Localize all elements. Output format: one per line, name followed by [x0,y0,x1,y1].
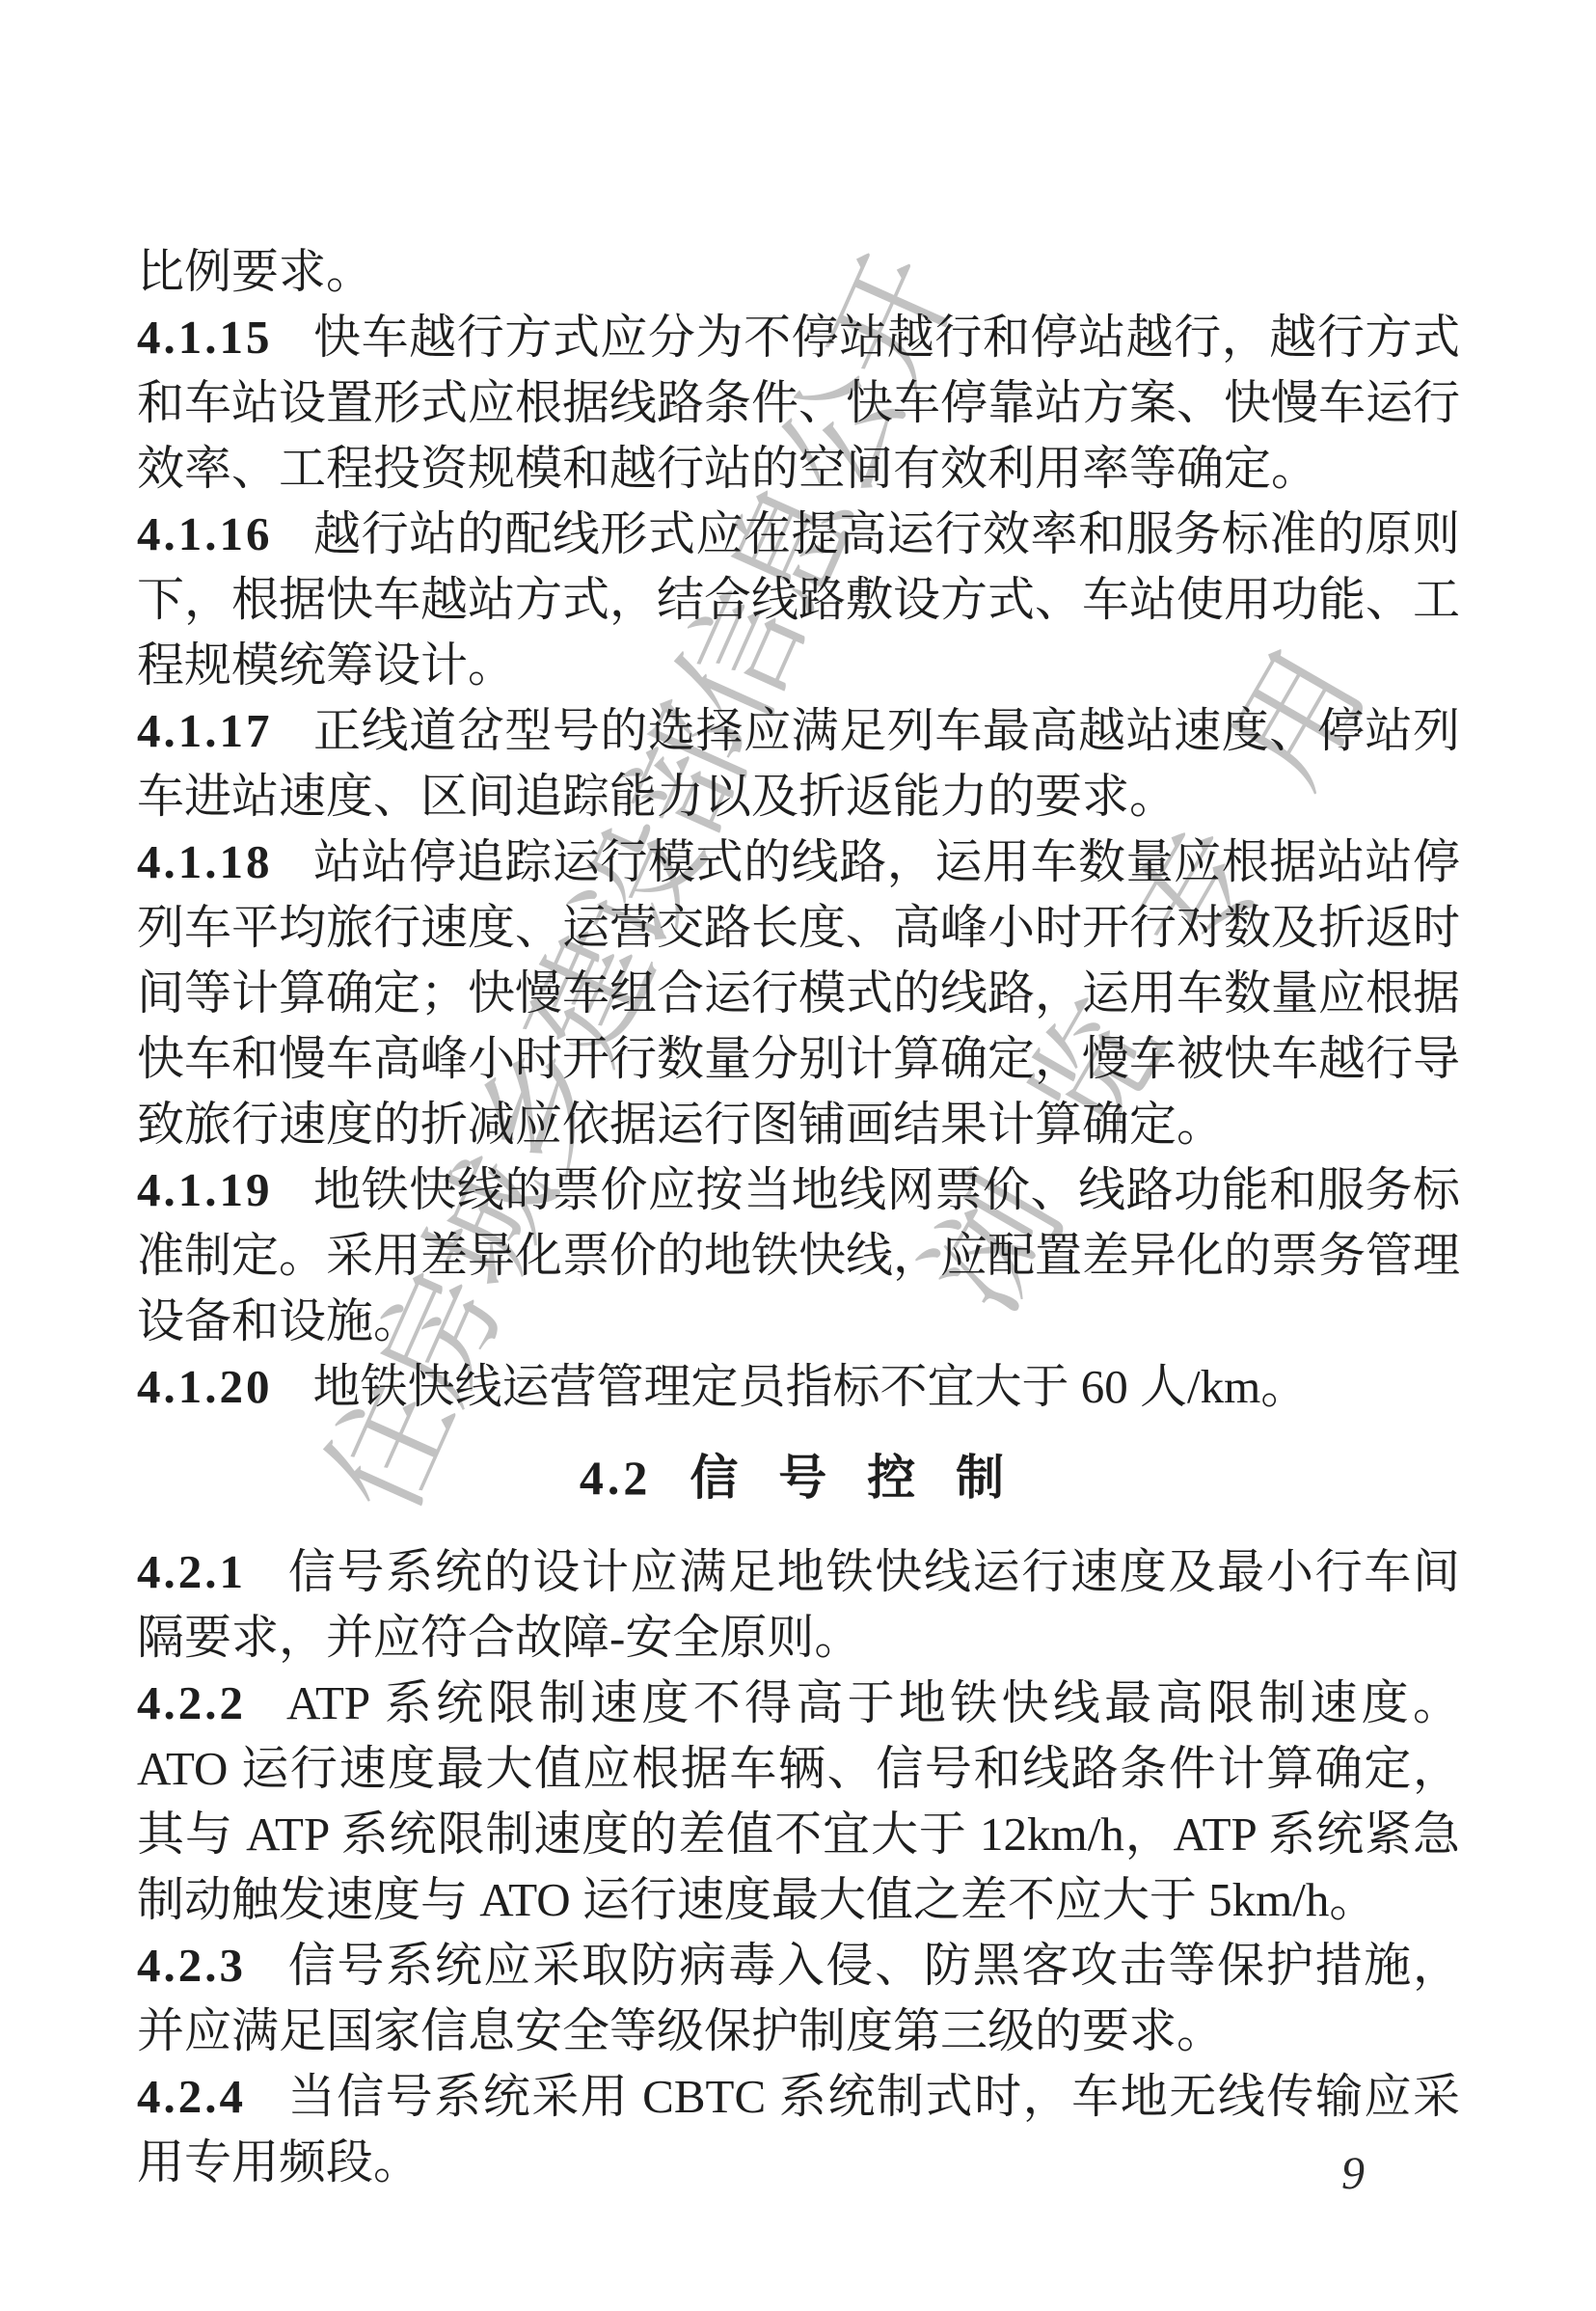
clause-4-1-16: 4.1.16越行站的配线形式应在提高运行效率和服务标准的原则下，根据快车越站方式… [137,502,1460,698]
clause-text: ATP 系统限制速度不得高于地铁快线最高限制速度。ATO 运行速度最大值应根据车… [137,1676,1460,1926]
clause-number: 4.1.17 [137,704,273,757]
clause-number: 4.1.15 [137,311,273,364]
clause-text: 正线道岔型号的选择应满足列车最高越站速度、停站列车进站速度、区间追踪能力以及折返… [137,704,1460,823]
clause-text: 越行站的配线形式应在提高运行效率和服务标准的原则下，根据快车越站方式，结合线路敷… [137,507,1460,692]
clause-number: 4.1.19 [137,1163,273,1216]
clause-4-1-20: 4.1.20地铁快线运营管理定员指标不宜大于 60 人/km。 [137,1354,1460,1420]
clause-number: 4.1.20 [137,1360,273,1413]
clause-4-2-1: 4.2.1信号系统的设计应满足地铁快线运行速度及最小行车间隔要求，并应符合故障-… [137,1539,1460,1671]
clause-text: 信号系统的设计应满足地铁快线运行速度及最小行车间隔要求，并应符合故障-安全原则。 [137,1545,1460,1664]
clause-4-2-2: 4.2.2ATP 系统限制速度不得高于地铁快线最高限制速度。ATO 运行速度最大… [137,1671,1460,1933]
clause-number: 4.2.4 [137,2070,246,2123]
paragraph-text: 比例要求。 [137,245,373,298]
page-content: 比例要求。 4.1.15快车越行方式应分为不停站越行和停站越行，越行方式和车站设… [137,239,1460,2195]
clause-text: 地铁快线的票价应按当地线网票价、线路功能和服务标准制定。采用差异化票价的地铁快线… [137,1163,1460,1347]
clause-text: 地铁快线运营管理定员指标不宜大于 60 人/km。 [313,1360,1309,1413]
clause-text: 站站停追踪运行模式的线路，运用车数量应根据站站停列车平均旅行速度、运营交路长度、… [137,835,1460,1151]
clause-4-1-15: 4.1.15快车越行方式应分为不停站越行和停站越行，越行方式和车站设置形式应根据… [137,305,1460,502]
clause-4-1-19: 4.1.19地铁快线的票价应按当地线网票价、线路功能和服务标准制定。采用差异化票… [137,1157,1460,1354]
section-number: 4.2 [580,1451,652,1505]
clause-number: 4.2.3 [137,1939,246,1992]
clause-4-2-3: 4.2.3信号系统应采取防病毒入侵、防黑客攻击等保护措施，并应满足国家信息安全等… [137,1933,1460,2064]
clause-4-1-18: 4.1.18站站停追踪运行模式的线路，运用车数量应根据站站停列车平均旅行速度、运… [137,829,1460,1157]
clause-4-2-4: 4.2.4当信号系统采用 CBTC 系统制式时，车地无线传输应采用专用频段。 [137,2064,1460,2195]
clause-text: 快车越行方式应分为不停站越行和停站越行，越行方式和车站设置形式应根据线路条件、快… [137,311,1460,495]
page-number: 9 [1341,2147,1365,2200]
document-page: 住房城乡建设部信息公开 浏览专用 比例要求。 4.1.15快车越行方式应分为不停… [0,0,1596,2311]
clause-4-1-17: 4.1.17正线道岔型号的选择应满足列车最高越站速度、停站列车进站速度、区间追踪… [137,698,1460,829]
clause-text: 信号系统应采取防病毒入侵、防黑客攻击等保护措施，并应满足国家信息安全等级保护制度… [137,1939,1460,2057]
clause-number: 4.1.16 [137,507,273,560]
section-heading: 4.2信 号 控 制 [137,1445,1460,1510]
paragraph-continuation: 比例要求。 [137,239,1460,305]
clause-text: 当信号系统采用 CBTC 系统制式时，车地无线传输应采用专用频段。 [137,2070,1460,2189]
clause-number: 4.1.18 [137,835,273,888]
clause-number: 4.2.1 [137,1545,246,1598]
section-title: 信 号 控 制 [690,1451,1017,1505]
clause-number: 4.2.2 [137,1676,246,1729]
